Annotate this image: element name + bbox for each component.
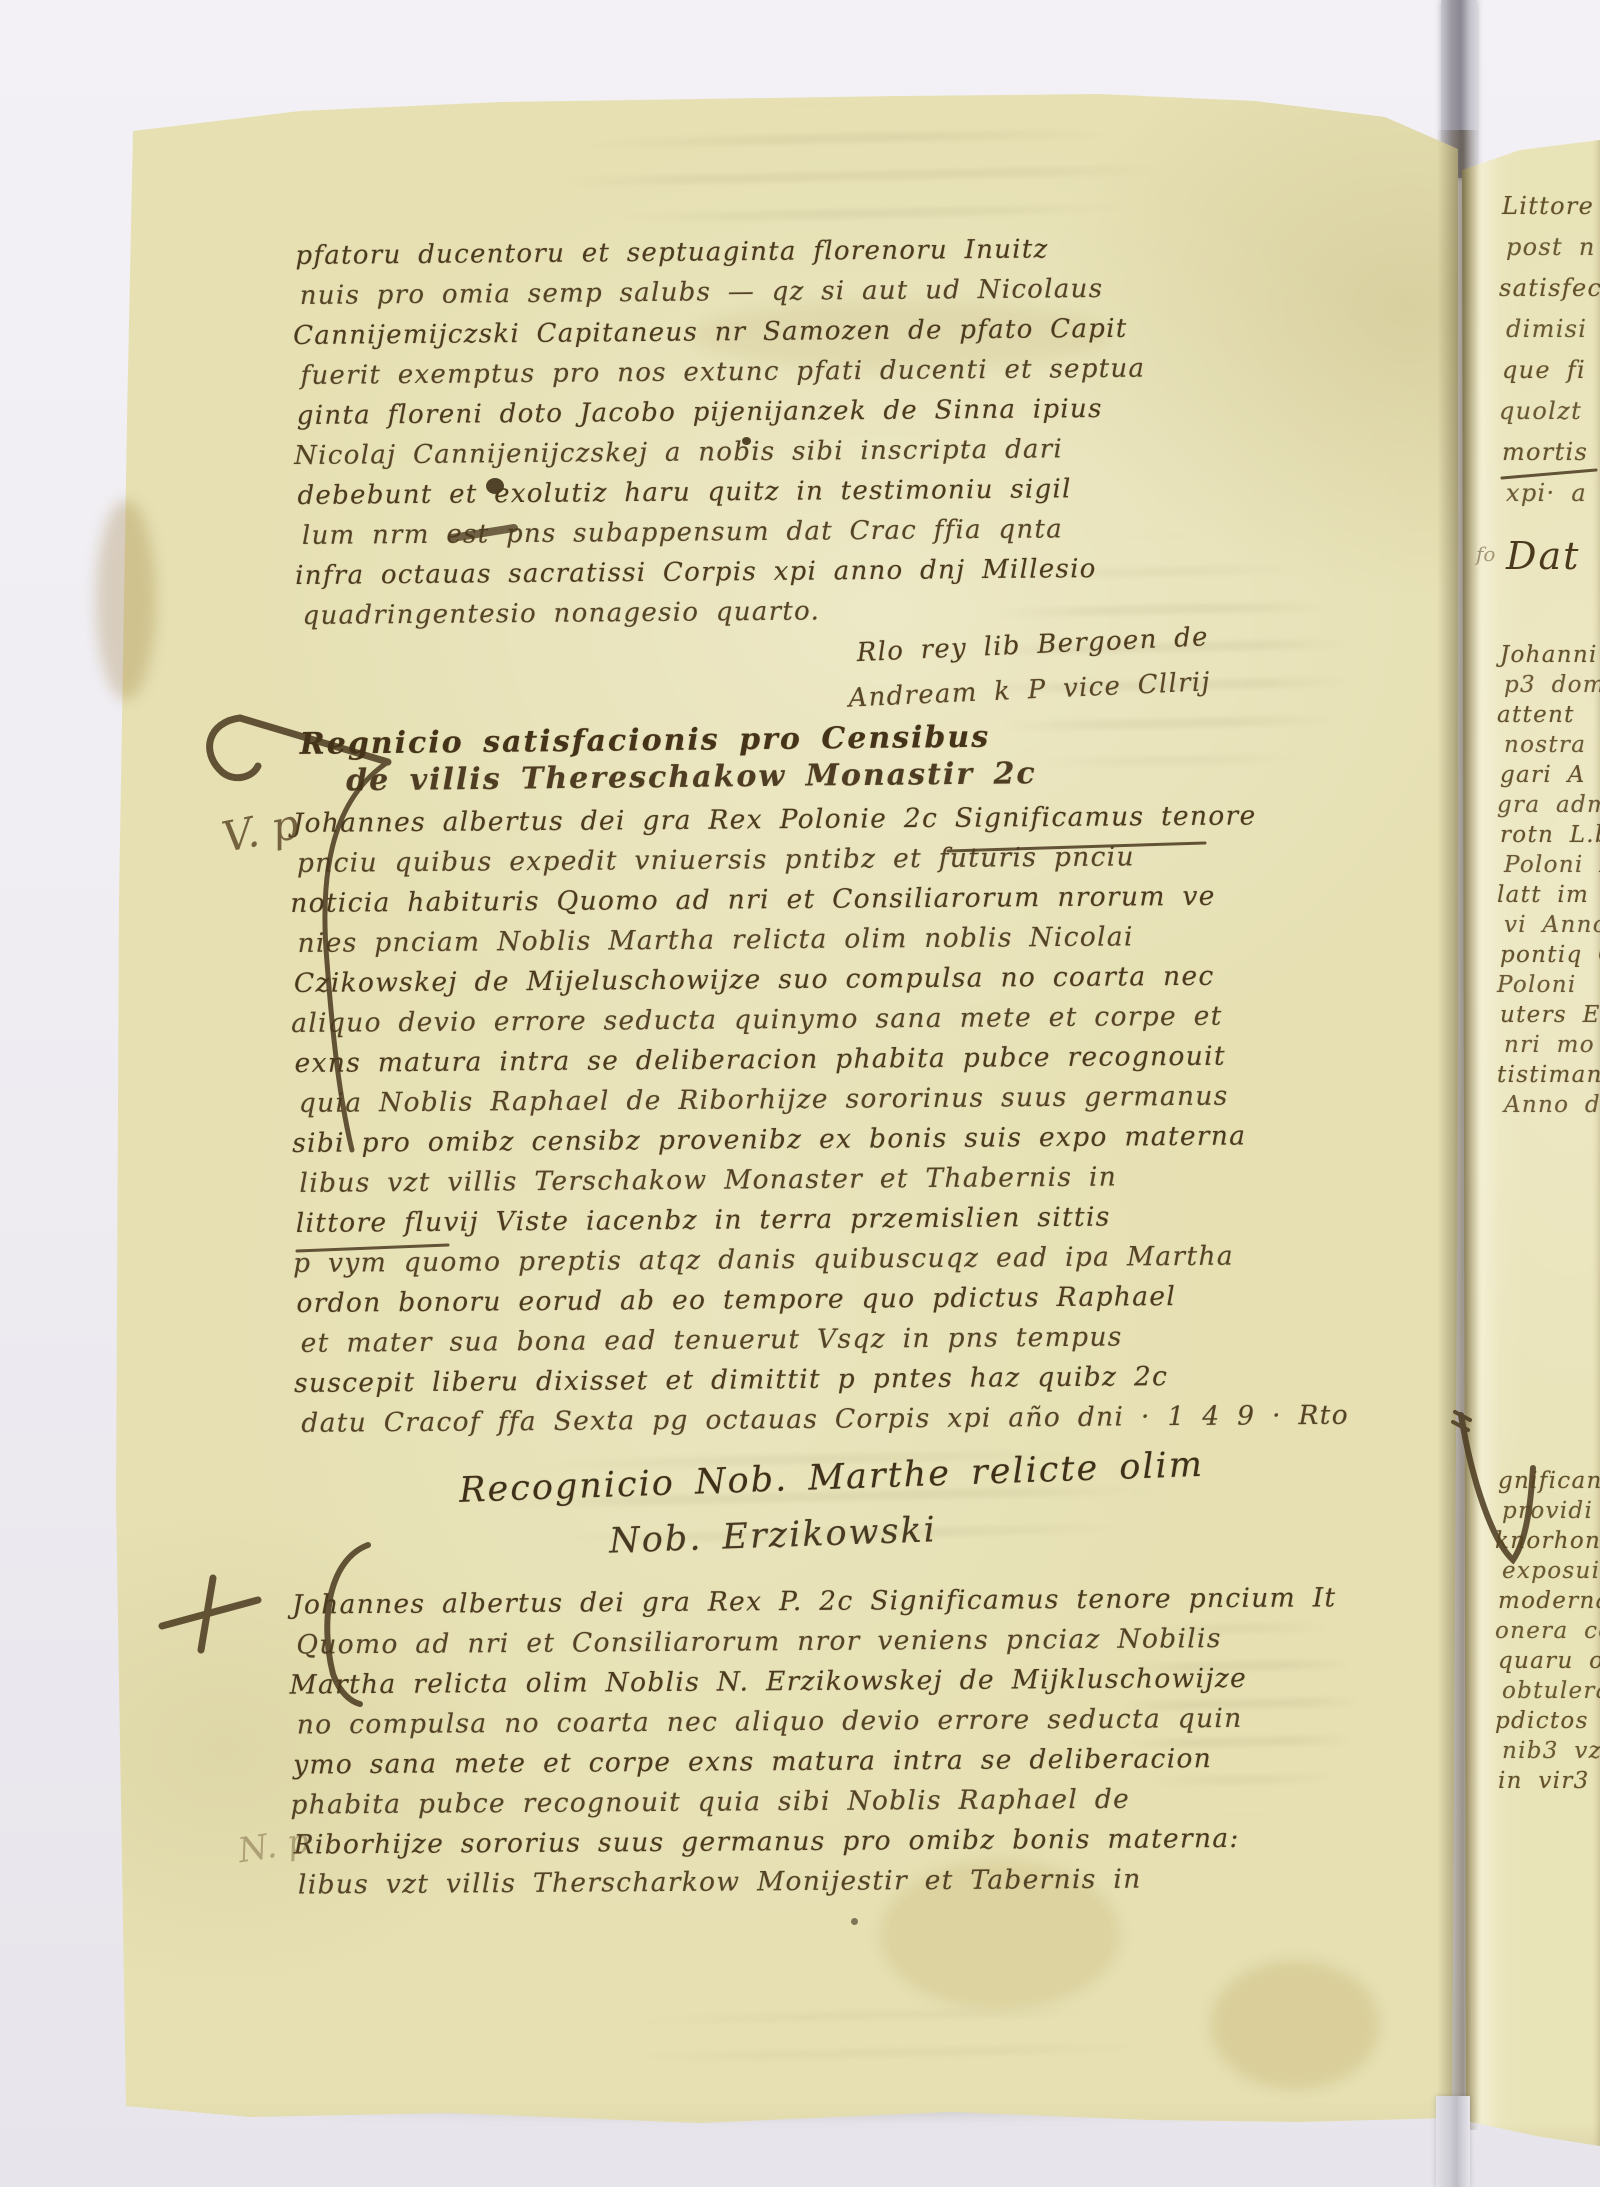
right-page-text-fragments-bottom: gnificanprovidi peknorhonesexposuissetmo… <box>1498 1466 1600 1796</box>
text-line: nuis pro omia semp salubs — qz si aut ud… <box>300 268 1216 316</box>
right-page-text-fragments-middle: Johannip3 domyattentnostra qgari Agra ad… <box>1500 640 1600 1120</box>
text-line: Johanni <box>1500 640 1600 670</box>
text-line: Quomo ad nri et Consiliarorum nror venie… <box>296 1618 1312 1665</box>
text-line: onera cont <box>1495 1616 1600 1646</box>
parchment-stain <box>96 500 156 700</box>
text-line: quolzt <box>1499 391 1600 432</box>
text-line: phabita pubce recognouit quia sibi Nobli… <box>290 1778 1313 1825</box>
text-line: quaru om <box>1498 1646 1600 1676</box>
book-strap-bottom <box>1436 2096 1470 2187</box>
text-line: Poloni <box>1497 970 1600 1000</box>
text-line: Anno do <box>1504 1090 1600 1120</box>
text-line: lum nrm est pns subappensum dat Crac ffi… <box>302 508 1218 556</box>
text-line: gra adm <box>1497 790 1600 820</box>
text-line: pdictos nu <box>1495 1706 1600 1736</box>
text-line: nri mo <box>1504 1030 1600 1060</box>
text-line: dimisi <box>1506 309 1600 350</box>
manuscript-photo: pfatoru ducentoru et septuaginta floreno… <box>0 0 1600 2187</box>
text-line: datu Cracof ffa Sexta pg octauas Corpis … <box>301 1396 1307 1444</box>
text-line: Poloni E <box>1504 850 1600 880</box>
text-line: ymo sana mete et corpe exns matura intra… <box>293 1738 1313 1785</box>
text-line: xpi· a <box>1506 473 1600 514</box>
text-line: quia Noblis Raphael de Riborhijze sorori… <box>299 1076 1305 1124</box>
text-line: vi Anno <box>1504 910 1600 940</box>
text-line: Riborhijze sororius suus germanus pro om… <box>294 1818 1314 1865</box>
entry-heading-rubric: Regnicio satisfacionis pro Censibusde vi… <box>300 718 1037 800</box>
text-line: fuerit exemptus pro nos extunc pfati duc… <box>300 348 1216 396</box>
ink-blot <box>851 1918 858 1925</box>
text-line: tistiman <box>1497 1060 1600 1090</box>
paragraph-entry-second: Johannes albertus dei gra Rex P. 2c Sign… <box>292 1578 1314 1905</box>
text-line: attent <box>1497 700 1600 730</box>
text-line: gari A <box>1500 760 1600 790</box>
text-line: et mater sua bona ead tenuerut Vsqz in p… <box>301 1316 1307 1364</box>
entry-heading-recognicio: Recognicio Nob. Marthe relicte olimNob. … <box>458 1441 1082 1575</box>
text-line: de villis Thereschakow Monastir 2c <box>346 755 1037 799</box>
text-line: rotn L.b <box>1500 820 1600 850</box>
text-line: obtulerat <box>1502 1676 1600 1706</box>
text-line: Martha relicta olim Noblis N. Erzikowske… <box>289 1658 1312 1705</box>
text-line: aliquo devio errore seducta quinymo sana… <box>291 996 1304 1044</box>
text-line: latt im <box>1497 880 1600 910</box>
right-page-margin-mark: fo <box>1476 542 1495 566</box>
text-line: pontiq C <box>1500 940 1600 970</box>
ink-showthrough <box>560 100 1160 250</box>
ink-showthrough <box>620 1990 1140 2090</box>
text-line: que fi <box>1502 350 1600 391</box>
text-line: post n <box>1506 227 1600 268</box>
book-gutter-shadow <box>1437 130 1479 2130</box>
text-line: p3 domy <box>1504 670 1600 700</box>
text-line: Littore <box>1502 186 1600 227</box>
right-page-text-fragments-top: Littorepost nsatisfecdimisique fiquolztm… <box>1502 186 1600 514</box>
text-line: no compulsa no coarta nec aliquo devio e… <box>297 1698 1313 1745</box>
text-line: in vir3 v <box>1498 1766 1600 1796</box>
text-line: libus vzt villis Terschakow Monaster et … <box>299 1156 1305 1204</box>
right-page-dat-heading: Dat <box>1506 534 1580 578</box>
text-line: knorhones <box>1495 1526 1600 1556</box>
parchment-stain <box>1210 1960 1380 2090</box>
text-line: libus vzt villis Therscharkow Monijestir… <box>298 1858 1314 1905</box>
text-line: gnifican <box>1498 1466 1600 1496</box>
text-line: exposuisset <box>1502 1556 1600 1586</box>
text-line: nies pnciam Noblis Martha relicta olim n… <box>297 916 1303 964</box>
text-line: moderna c <box>1498 1586 1600 1616</box>
paragraph-entry-main: Johannes albertus dei gra Rex Polonie 2c… <box>293 796 1308 1444</box>
text-line: uters Et <box>1500 1000 1600 1030</box>
text-line: providi pe <box>1502 1496 1600 1526</box>
text-line: p vym quomo preptis atqz danis quibuscuq… <box>293 1236 1306 1284</box>
text-line: nib3 vzt <box>1502 1736 1600 1766</box>
text-line: Nicolaj Cannijenijczskej a nobis sibi in… <box>294 428 1217 476</box>
registration-note: Rlo rey lib Bergoen deAndream k P vice C… <box>818 615 1212 723</box>
text-line: nostra q <box>1504 730 1600 760</box>
text-line: Johannes albertus dei gra Rex P. 2c Sign… <box>292 1578 1312 1625</box>
text-line: mortis <box>1502 432 1600 473</box>
text-line: pnciu quibus expedit vniuersis pntibz et… <box>297 836 1303 884</box>
paragraph-entry-continuation: pfatoru ducentoru et septuaginta floreno… <box>295 228 1218 636</box>
text-line: satisfec <box>1499 268 1600 309</box>
